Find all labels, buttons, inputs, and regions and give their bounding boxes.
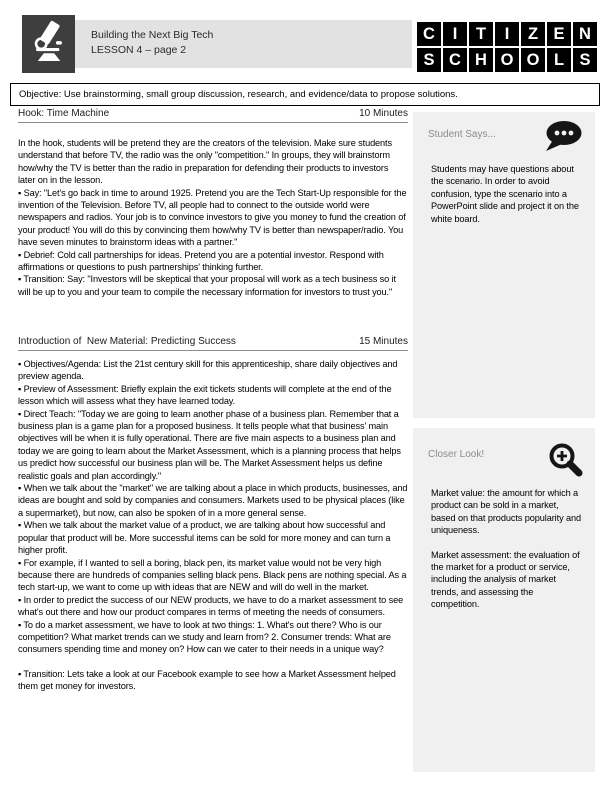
logo-letter-tile: N: [573, 22, 597, 46]
logo-letter-tile: O: [495, 48, 519, 72]
logo-letter-tile: I: [443, 22, 467, 46]
hook-section-header: Hook: Time Machine 10 Minutes: [18, 108, 408, 123]
document-title-panel: Building the Next Big Tech LESSON 4 – pa…: [75, 20, 412, 68]
student-says-text: Students may have questions about the sc…: [431, 163, 583, 237]
intro-paragraph: ▪ When we talk about the market value of…: [18, 519, 408, 556]
hook-section-body: In the hook, students will be pretend th…: [18, 137, 408, 298]
student-says-title: Student Says...: [428, 129, 496, 140]
logo-letter-tile: C: [443, 48, 467, 72]
intro-duration: 15 Minutes: [359, 336, 408, 347]
intro-paragraph: ▪ To do a market assessment, we have to …: [18, 619, 408, 656]
sidebar-paragraph: Students may have questions about the sc…: [431, 163, 583, 225]
sidebar-paragraph: Market value: the amount for which a pro…: [431, 487, 583, 537]
intro-paragraph: ▪ For example, if I wanted to sell a bor…: [18, 557, 408, 594]
document-title: Building the Next Big Tech: [91, 28, 412, 43]
objective-text: Objective: Use brainstorming, small grou…: [19, 89, 458, 100]
intro-paragraph: ▪ Preview of Assessment: Briefly explain…: [18, 383, 408, 408]
hook-paragraph: ▪ Debrief: Cold call partnerships for id…: [18, 249, 408, 274]
logo-letter-tile: O: [521, 48, 545, 72]
intro-paragraph: ▪ In order to predict the success of our…: [18, 594, 408, 619]
closer-look-title: Closer Look!: [428, 449, 484, 460]
logo-letter-tile: S: [573, 48, 597, 72]
intro-section-header: Introduction of New Material: Predicting…: [18, 336, 408, 351]
sidebar-paragraph: Market assessment: the evaluation of the…: [431, 549, 583, 611]
student-says-box: Student Says... Students may have questi…: [413, 112, 595, 418]
lesson-subtitle: LESSON 4 – page 2: [91, 43, 412, 58]
header-icon-box: [22, 15, 75, 73]
hook-section-title: Hook: Time Machine: [18, 108, 109, 119]
logo-letter-tile: C: [417, 22, 441, 46]
magnifier-plus-icon: [547, 441, 583, 482]
hook-duration: 10 Minutes: [359, 108, 408, 119]
intro-paragraph: ▪ When we talk about the "market" we are…: [18, 482, 408, 519]
logo-letter-tile: E: [547, 22, 571, 46]
logo-letter-tile: Z: [521, 22, 545, 46]
intro-paragraph: ▪ Objectives/Agenda: List the 21st centu…: [18, 358, 408, 383]
intro-section-body: ▪ Objectives/Agenda: List the 21st centu…: [18, 358, 408, 693]
logo-letter-tile: H: [469, 48, 493, 72]
logo-row-citizen: CITIZEN: [417, 22, 599, 46]
logo-letter-tile: L: [547, 48, 571, 72]
intro-paragraph: ▪ Direct Teach: "Today we are going to l…: [18, 408, 408, 482]
intro-section-title: Introduction of New Material: Predicting…: [18, 336, 236, 347]
logo-letter-tile: T: [469, 22, 493, 46]
closer-look-box: Closer Look! Market value: the amount fo…: [413, 428, 595, 772]
hook-paragraph: ▪ Say: "Let's go back in time to around …: [18, 187, 408, 249]
closer-look-text: Market value: the amount for which a pro…: [431, 487, 583, 623]
logo-letter-tile: S: [417, 48, 441, 72]
hook-paragraph: In the hook, students will be pretend th…: [18, 137, 408, 187]
logo-row-schools: SCHOOLS: [417, 48, 599, 72]
intro-paragraph: ▪ Transition: Lets take a look at our Fa…: [18, 668, 408, 693]
microscope-icon: [30, 19, 68, 70]
hook-paragraph: ▪ Transition: Say: "Investors will be sk…: [18, 273, 408, 298]
speech-bubble-icon: [543, 120, 583, 159]
logo-letter-tile: I: [495, 22, 519, 46]
lesson-plan-page: Building the Next Big Tech LESSON 4 – pa…: [0, 0, 612, 792]
citizen-schools-logo: CITIZEN SCHOOLS: [417, 22, 599, 74]
objective-box: Objective: Use brainstorming, small grou…: [10, 83, 600, 106]
